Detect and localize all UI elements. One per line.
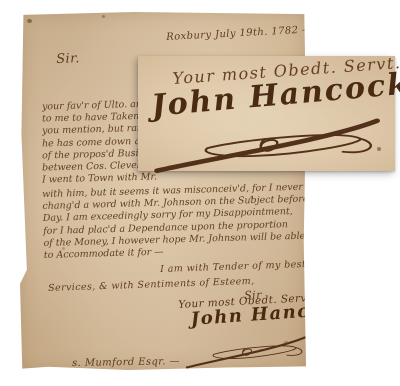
letter-dateline: Roxbury July 19th. 1782 —: [166, 24, 313, 43]
signature-paraph-flourish: [181, 335, 311, 370]
letter-docket: s. Mumford Esqr. —: [72, 356, 180, 369]
signature-closeup-inset: Your most Obedt. Servt. John Hancock: [138, 56, 395, 171]
inset-signature-paraph-flourish: [147, 116, 387, 174]
closing-line: I am with Tender of my best,: [160, 259, 310, 275]
body-line: I went to Town with Mr. Jo: [42, 172, 156, 186]
letter-body: with him, but it seems it was misconceiv…: [42, 181, 326, 262]
letter-salutation: Sir.: [56, 51, 80, 67]
closing-line: Services, & with Sentiments of Esteem,: [48, 276, 255, 294]
manuscript-photo: Roxbury July 19th. 1782 — Sir. By your f…: [0, 0, 400, 386]
